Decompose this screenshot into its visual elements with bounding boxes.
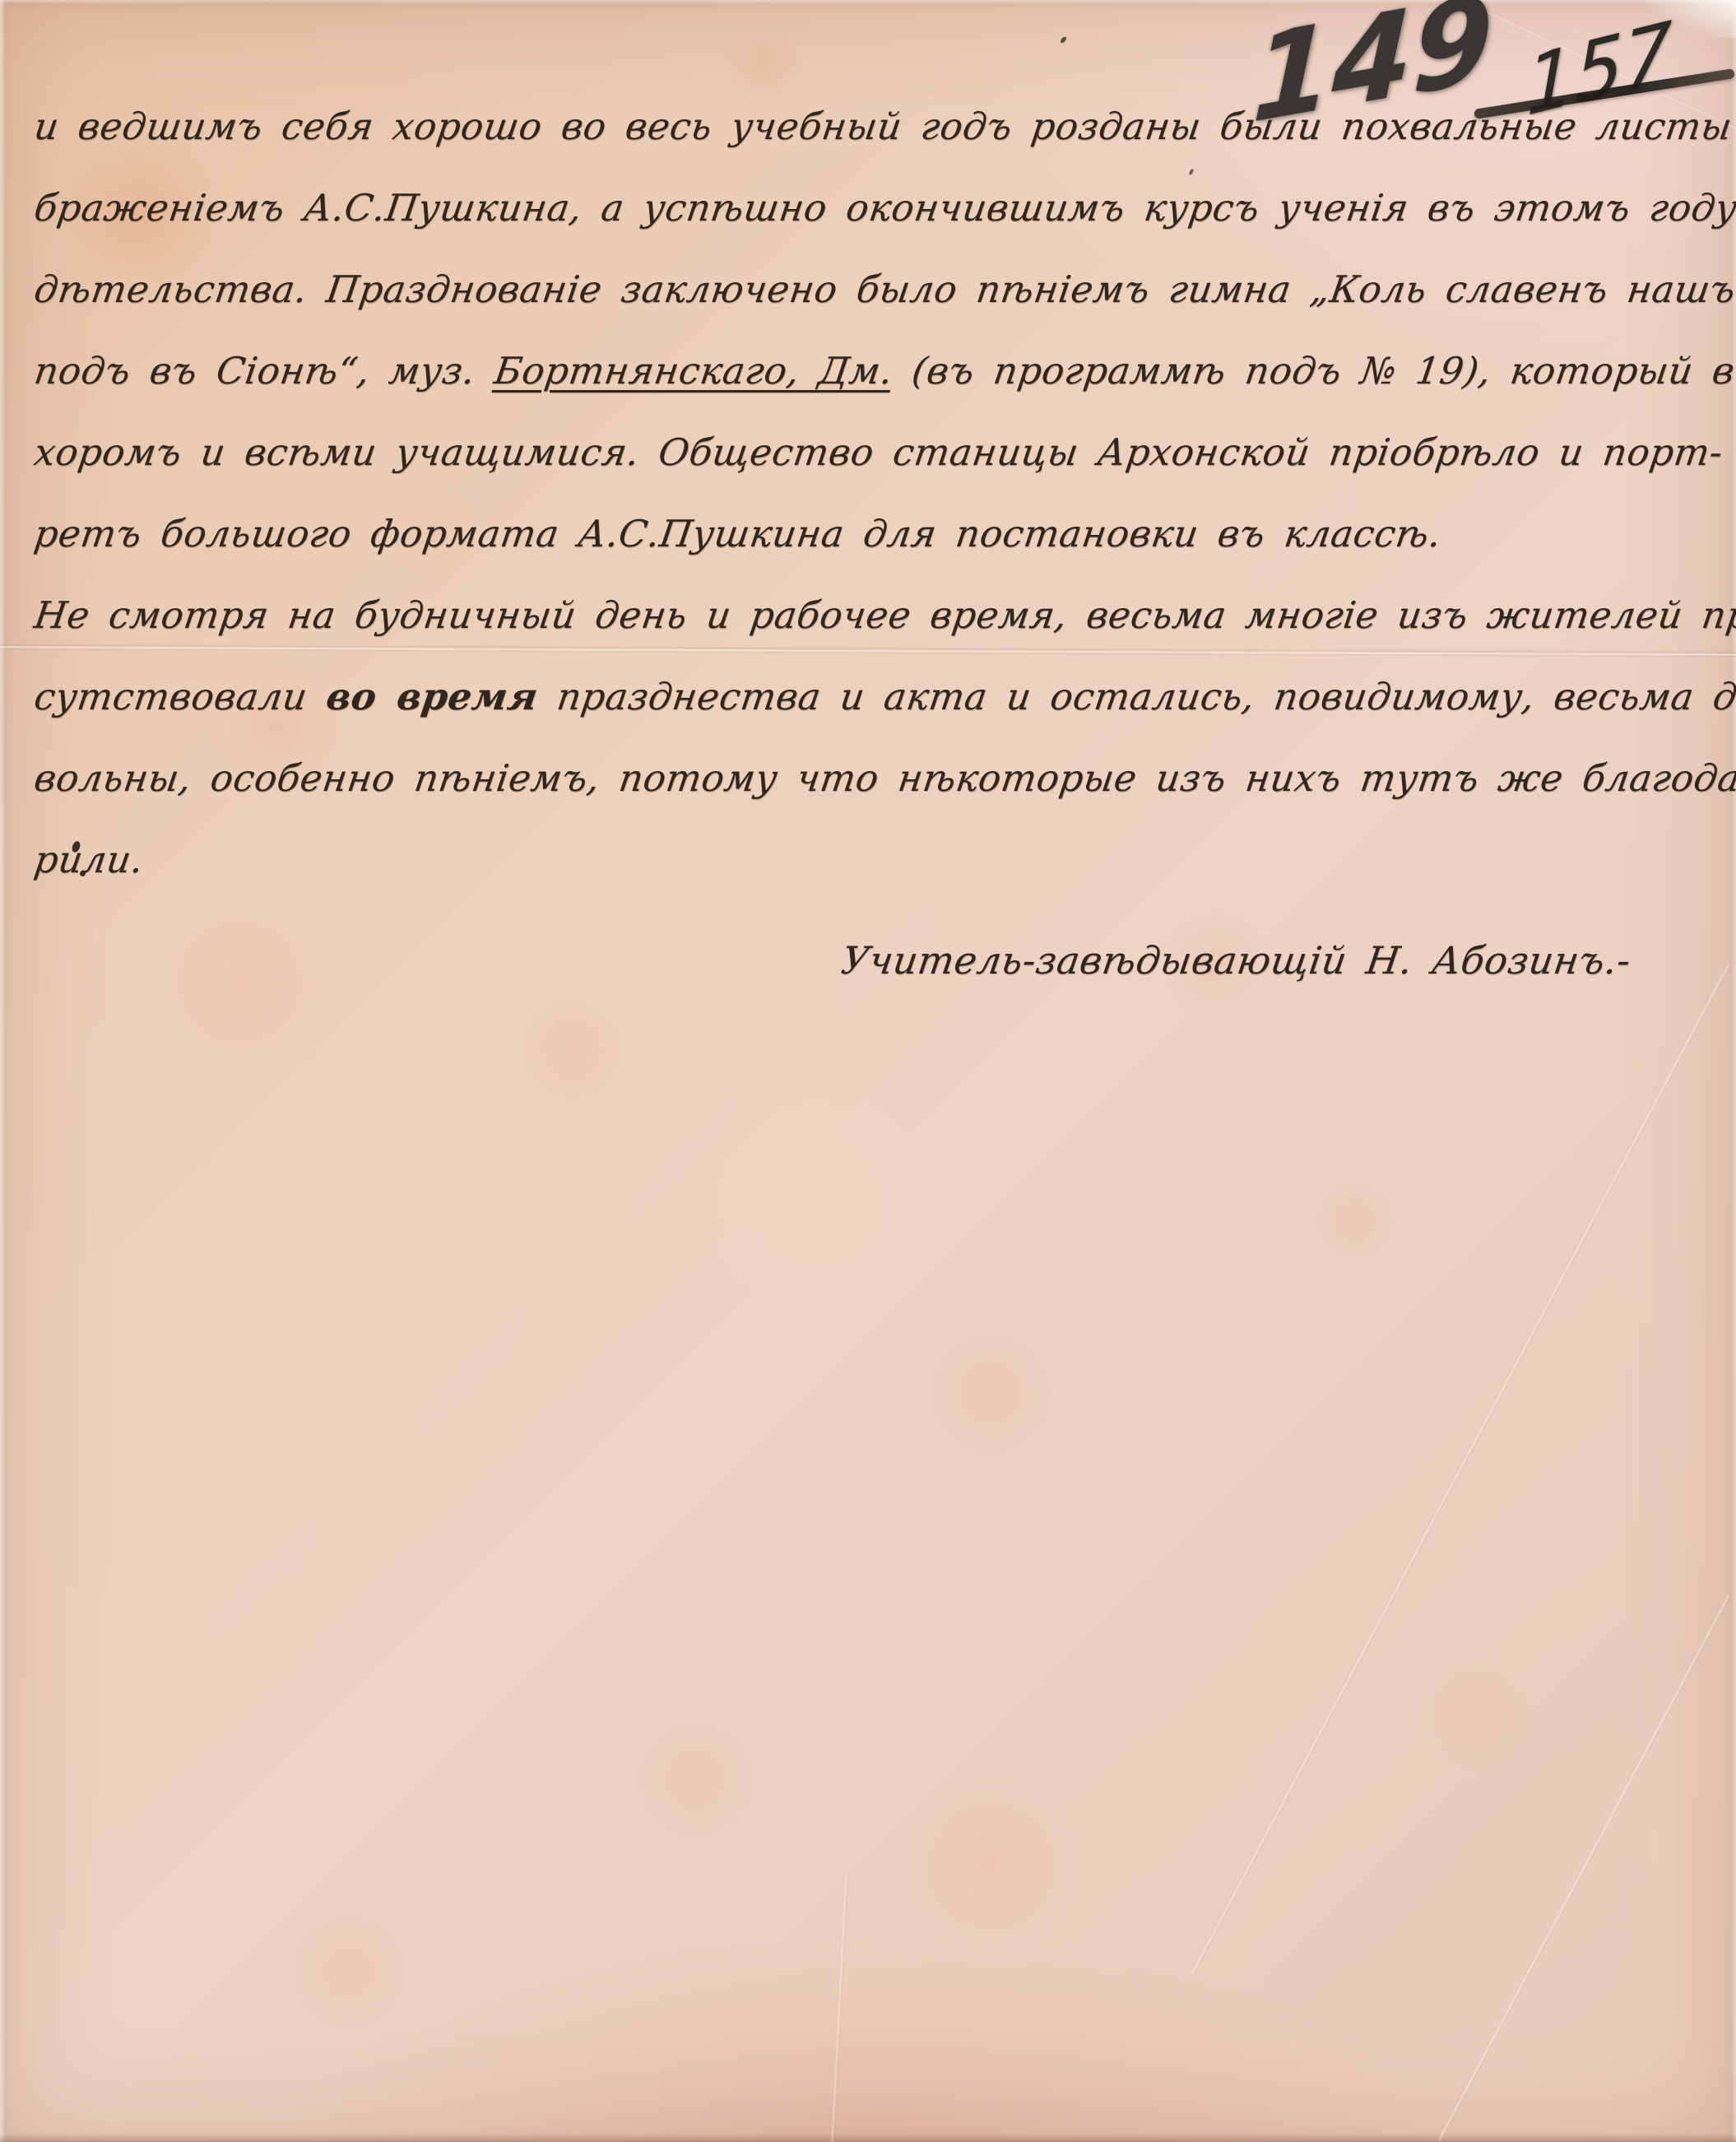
handwritten-text: подъ въ Сіонѣ“, муз. [31, 349, 498, 393]
manuscript-page: 149 157 и ведшимъ себя хорошо во весь уч… [0, 0, 1736, 2142]
handwritten-text: сутствовали [31, 675, 330, 718]
manuscript-line: рили. [29, 819, 1715, 900]
handwritten-text: вольны, особенно пѣніемъ, потому что нѣк… [31, 756, 1736, 800]
handwritten-text: (въ программѣ подъ № 19), который выполн… [889, 349, 1736, 393]
handwritten-text: Не смотря на будничный день и рабочее вр… [31, 593, 1736, 637]
signature-line: Учитель-завѣдывающій Н. Абозинъ.- [836, 920, 1636, 1001]
fold-crease-diagonal [1437, 1594, 1730, 2141]
manuscript-line: Не смотря на будничный день и рабочее вр… [29, 574, 1715, 656]
handwritten-text: рили. [31, 838, 146, 881]
fold-crease-vertical [829, 1872, 848, 2142]
manuscript-line: подъ въ Сіонѣ“, муз. Бортнянскаго, Дм. (… [29, 330, 1715, 411]
manuscript-line: хоромъ и всѣми учащимися. Общество стани… [29, 411, 1715, 493]
manuscript-line: дѣтельства. Празднованіе заключено было … [29, 249, 1715, 330]
paper-edge-bottom [0, 2134, 1736, 2142]
manuscript-line: сутствовали во время празднества и акта … [29, 656, 1715, 737]
underlined-text: Бортнянскаго, Дм. [492, 349, 896, 393]
handwritten-text: празднества и акта и остались, повидимом… [535, 675, 1736, 718]
manuscript-line: браженіемъ А.С.Пушкина, а успѣшно окончи… [29, 167, 1715, 249]
paper-edge-right [1731, 0, 1736, 2142]
handwritten-text: хоромъ и всѣми учащимися. Общество стани… [31, 430, 1725, 474]
handwritten-text: во время [323, 675, 541, 718]
manuscript-text: и ведшимъ себя хорошо во весь учебный го… [35, 86, 1709, 900]
manuscript-line: ретъ большого формата А.С.Пушкина для по… [29, 493, 1715, 574]
manuscript-line: вольны, особенно пѣніемъ, потому что нѣк… [29, 737, 1715, 819]
manuscript-line: и ведшимъ себя хорошо во весь учебный го… [29, 86, 1715, 167]
ink-speck [1060, 35, 1068, 44]
handwritten-text: дѣтельства. Празднованіе заключено было … [31, 267, 1736, 311]
handwritten-text: ретъ большого формата А.С.Пушкина для по… [31, 512, 1444, 555]
fold-crease-diagonal [1190, 963, 1731, 1975]
handwritten-text: браженіемъ А.С.Пушкина, а успѣшно окончи… [31, 186, 1736, 230]
handwritten-text: и ведшимъ себя хорошо во весь учебный го… [31, 105, 1736, 148]
paper-edge-left [0, 0, 6, 2142]
